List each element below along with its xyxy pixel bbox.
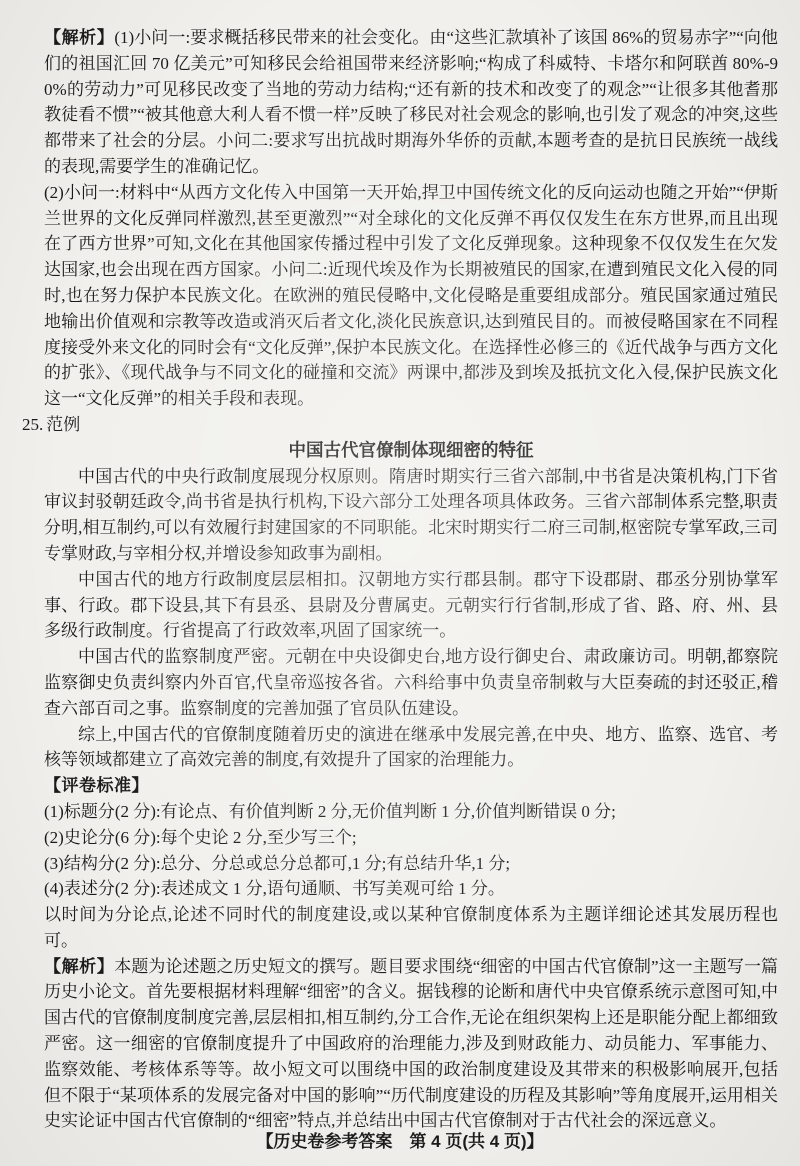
- essay-title: 中国古代官僚制体现细密的特征: [44, 438, 778, 464]
- essay-paragraph-4: 综上,中国古代的官僚制度随着历史的演进在继承中发展完善,在中央、地方、监察、选官…: [44, 722, 778, 774]
- essay-paragraph-3: 中国古代的监察制度严密。元朝在中央设御史台,地方设行御史台、肃政廉访司。明朝,都…: [44, 644, 778, 721]
- analysis-24-paragraph-1: 【解析】(1)小问一:要求概括移民带来的社会变化。由“这些汇款填补了该国 86%…: [44, 25, 778, 180]
- essay-paragraph-1: 中国古代的中央行政制度展现分权原则。隋唐时期实行三省六部制,中书省是决策机构,门…: [44, 464, 778, 567]
- analysis-24-part1-text: (1)小问一:要求概括移民带来的社会变化。由“这些汇款填补了该国 86%的贸易赤…: [44, 28, 778, 176]
- question-25-number: 25.: [22, 415, 43, 434]
- grading-standard-label: 【评卷标准】: [44, 776, 149, 795]
- analysis-25-label: 【解析】: [44, 957, 114, 976]
- grading-item-4: (4)表述分(2 分):表述成文 1 分,语句通顺、书写美观可给 1 分。: [44, 876, 778, 902]
- analysis-25-paragraph: 【解析】本题为论述题之历史短文的撰写。题目要求围绕“细密的中国古代官僚制”这一主…: [44, 954, 778, 1135]
- grading-standard-header: 【评卷标准】: [44, 773, 778, 799]
- page-footer: 【历史卷参考答案 第 4 页(共 4 页)】: [0, 1127, 800, 1152]
- analysis-25-text: 本题为论述题之历史短文的撰写。题目要求围绕“细密的中国古代官僚制”这一主题写一篇…: [44, 957, 778, 1131]
- grading-item-3: (3)结构分(2 分):总分、分总或总分总都可,1 分;有总结升华,1 分;: [44, 851, 778, 877]
- question-25-label: 范例: [46, 415, 80, 434]
- grading-item-2: (2)史论分(6 分):每个史论 2 分,至少写三个;: [44, 825, 778, 851]
- grading-item-1: (1)标题分(2 分):有论点、有价值判断 2 分,无价值判断 1 分,价值判断…: [44, 799, 778, 825]
- grading-note: 以时间为分论点,论述不同时代的制度建设,或以某种官僚制度体系为主题详细论述其发展…: [44, 902, 778, 954]
- essay-paragraph-2: 中国古代的地方行政制度层层相扣。汉朝地方实行郡县制。郡守下设郡尉、郡丞分别协掌军…: [44, 567, 778, 644]
- analysis-24-paragraph-2: (2)小问一:材料中“从西方文化传入中国第一天开始,捍卫中国传统文化的反向运动也…: [44, 180, 778, 412]
- scanned-answer-sheet-page: 【解析】(1)小问一:要求概括移民带来的社会变化。由“这些汇款填补了该国 86%…: [44, 25, 778, 1134]
- analysis-24-label: 【解析】: [44, 28, 114, 47]
- question-25-heading: 25.范例: [22, 412, 778, 438]
